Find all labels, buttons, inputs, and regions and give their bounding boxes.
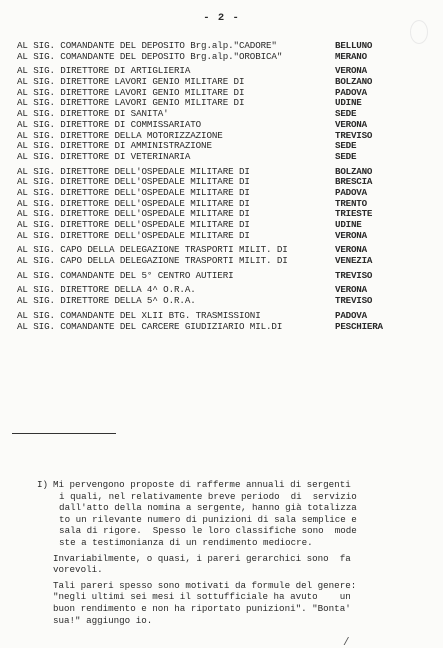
footnote-text: Mi pervengono proposte di rafferme annua… xyxy=(37,479,357,548)
recipient-row: AL SIG. COMANDANTE DEL DEPOSITO Brg.alp.… xyxy=(17,52,437,63)
recipient-row: AL SIG. DIRETTORE LAVORI GENIO MILITARE … xyxy=(17,98,437,109)
recipient-title: AL SIG. COMANDANTE DEL XLII BTG. TRASMIS… xyxy=(17,311,335,322)
recipient-city: TREVISO xyxy=(335,271,372,282)
recipient-group: AL SIG. DIRETTORE DELL'OSPEDALE MILITARE… xyxy=(17,167,437,242)
recipient-row: AL SIG. DIRETTORE DI VETERINARIASEDE xyxy=(17,152,437,163)
recipient-city: TREVISO xyxy=(335,296,372,307)
recipient-group: AL SIG. DIRETTORE DELLA 4^ O.R.A.VERONAA… xyxy=(17,285,437,306)
recipient-title: AL SIG. DIRETTORE DELL'OSPEDALE MILITARE… xyxy=(17,209,335,220)
recipient-city: VERONA xyxy=(335,120,367,131)
recipient-city: PESCHIERA xyxy=(335,322,383,333)
recipient-title: AL SIG. DIRETTORE DI AMMINISTRAZIONE xyxy=(17,141,335,152)
recipient-title: AL SIG. DIRETTORE LAVORI GENIO MILITARE … xyxy=(17,88,335,99)
recipient-title: AL SIG. DIRETTORE DELL'OSPEDALE MILITARE… xyxy=(17,177,335,188)
recipient-row: AL SIG. DIRETTORE DI ARTIGLIERIAVERONA xyxy=(17,66,437,77)
recipient-title: AL SIG. COMANDANTE DEL DEPOSITO Brg.alp.… xyxy=(17,52,335,63)
footnote: I)Mi pervengono proposte di rafferme ann… xyxy=(37,479,397,630)
recipient-title: AL SIG. DIRETTORE DELLA MOTORIZZAZIONE xyxy=(17,131,335,142)
recipient-city: SEDE xyxy=(335,152,356,163)
recipient-title: AL SIG. COMANDANTE DEL 5° CENTRO AUTIERI xyxy=(17,271,335,282)
recipient-city: PADOVA xyxy=(335,311,367,322)
recipient-row: AL SIG. DIRETTORE DELLA 5^ O.R.A.TREVISO xyxy=(17,296,437,307)
recipient-title: AL SIG. DIRETTORE DI ARTIGLIERIA xyxy=(17,66,335,77)
footnote-paragraph-1: I)Mi pervengono proposte di rafferme ann… xyxy=(37,479,397,549)
recipient-group: AL SIG. COMANDANTE DEL DEPOSITO Brg.alp.… xyxy=(17,41,437,62)
footnote-paragraph-3: Tali pareri spesso sono motivati da form… xyxy=(37,580,397,626)
recipient-row: AL SIG. COMANDANTE DEL DEPOSITO Brg.alp.… xyxy=(17,41,437,52)
recipient-title: AL SIG. DIRETTORE DELLA 5^ O.R.A. xyxy=(17,296,335,307)
recipient-row: AL SIG. CAPO DELLA DELEGAZIONE TRASPORTI… xyxy=(17,256,437,267)
recipient-row: AL SIG. COMANDANTE DEL CARCERE GIUDIZIAR… xyxy=(17,322,437,333)
recipient-row: AL SIG. DIRETTORE LAVORI GENIO MILITARE … xyxy=(17,88,437,99)
recipient-title: AL SIG. CAPO DELLA DELEGAZIONE TRASPORTI… xyxy=(17,256,335,267)
recipient-row: AL SIG. DIRETTORE DELL'OSPEDALE MILITARE… xyxy=(17,188,437,199)
recipient-row: AL SIG. DIRETTORE DELL'OSPEDALE MILITARE… xyxy=(17,231,437,242)
recipient-title: AL SIG. COMANDANTE DEL DEPOSITO Brg.alp.… xyxy=(17,41,335,52)
recipient-title: AL SIG. COMANDANTE DEL CARCERE GIUDIZIAR… xyxy=(17,322,335,333)
recipient-title: AL SIG. DIRETTORE DELL'OSPEDALE MILITARE… xyxy=(17,231,335,242)
recipient-group: AL SIG. CAPO DELLA DELEGAZIONE TRASPORTI… xyxy=(17,245,437,266)
recipient-row: AL SIG. DIRETTORE DI SANITA'SEDE xyxy=(17,109,437,120)
recipient-title: AL SIG. DIRETTORE DELL'OSPEDALE MILITARE… xyxy=(17,188,335,199)
recipient-title: AL SIG. DIRETTORE DELLA 4^ O.R.A. xyxy=(17,285,335,296)
footnote-label: I) xyxy=(37,479,53,491)
recipient-title: AL SIG. DIRETTORE DELL'OSPEDALE MILITARE… xyxy=(17,220,335,231)
pen-mark: / xyxy=(343,637,350,648)
recipient-row: AL SIG. DIRETTORE DI AMMINISTRAZIONESEDE xyxy=(17,141,437,152)
footnote-rule xyxy=(12,433,116,434)
recipient-row: AL SIG. CAPO DELLA DELEGAZIONE TRASPORTI… xyxy=(17,245,437,256)
recipient-group: AL SIG. DIRETTORE DI ARTIGLIERIAVERONAAL… xyxy=(17,66,437,162)
recipient-row: AL SIG. DIRETTORE DELL'OSPEDALE MILITARE… xyxy=(17,199,437,210)
recipient-row: AL SIG. COMANDANTE DEL 5° CENTRO AUTIERI… xyxy=(17,271,437,282)
recipient-row: AL SIG. DIRETTORE DELL'OSPEDALE MILITARE… xyxy=(17,209,437,220)
recipient-title: AL SIG. DIRETTORE DELL'OSPEDALE MILITARE… xyxy=(17,199,335,210)
recipient-title: AL SIG. DIRETTORE DELL'OSPEDALE MILITARE… xyxy=(17,167,335,178)
recipient-title: AL SIG. DIRETTORE DI SANITA' xyxy=(17,109,335,120)
recipient-city: VENEZIA xyxy=(335,256,372,267)
recipient-row: AL SIG. COMANDANTE DEL XLII BTG. TRASMIS… xyxy=(17,311,437,322)
recipient-title: AL SIG. DIRETTORE DI COMMISSARIATO xyxy=(17,120,335,131)
distribution-list: AL SIG. COMANDANTE DEL DEPOSITO Brg.alp.… xyxy=(17,41,437,336)
recipient-city: VERONA xyxy=(335,231,367,242)
recipient-title: AL SIG. DIRETTORE DI VETERINARIA xyxy=(17,152,335,163)
recipient-row: AL SIG. DIRETTORE DELL'OSPEDALE MILITARE… xyxy=(17,177,437,188)
recipient-city: MERANO xyxy=(335,52,367,63)
recipient-row: AL SIG. DIRETTORE DELL'OSPEDALE MILITARE… xyxy=(17,167,437,178)
recipient-row: AL SIG. DIRETTORE DELL'OSPEDALE MILITARE… xyxy=(17,220,437,231)
recipient-title: AL SIG. CAPO DELLA DELEGAZIONE TRASPORTI… xyxy=(17,245,335,256)
recipient-group: AL SIG. COMANDANTE DEL XLII BTG. TRASMIS… xyxy=(17,311,437,332)
recipient-row: AL SIG. DIRETTORE DELLA MOTORIZZAZIONETR… xyxy=(17,131,437,142)
recipient-row: AL SIG. DIRETTORE LAVORI GENIO MILITARE … xyxy=(17,77,437,88)
footnote-paragraph-2: Invariabilmente, o quasi, i pareri gerar… xyxy=(37,553,397,576)
recipient-title: AL SIG. DIRETTORE LAVORI GENIO MILITARE … xyxy=(17,98,335,109)
recipient-row: AL SIG. DIRETTORE DI COMMISSARIATOVERONA xyxy=(17,120,437,131)
recipient-row: AL SIG. DIRETTORE DELLA 4^ O.R.A.VERONA xyxy=(17,285,437,296)
page-number: - 2 - xyxy=(0,12,443,24)
recipient-group: AL SIG. COMANDANTE DEL 5° CENTRO AUTIERI… xyxy=(17,271,437,282)
recipient-title: AL SIG. DIRETTORE LAVORI GENIO MILITARE … xyxy=(17,77,335,88)
